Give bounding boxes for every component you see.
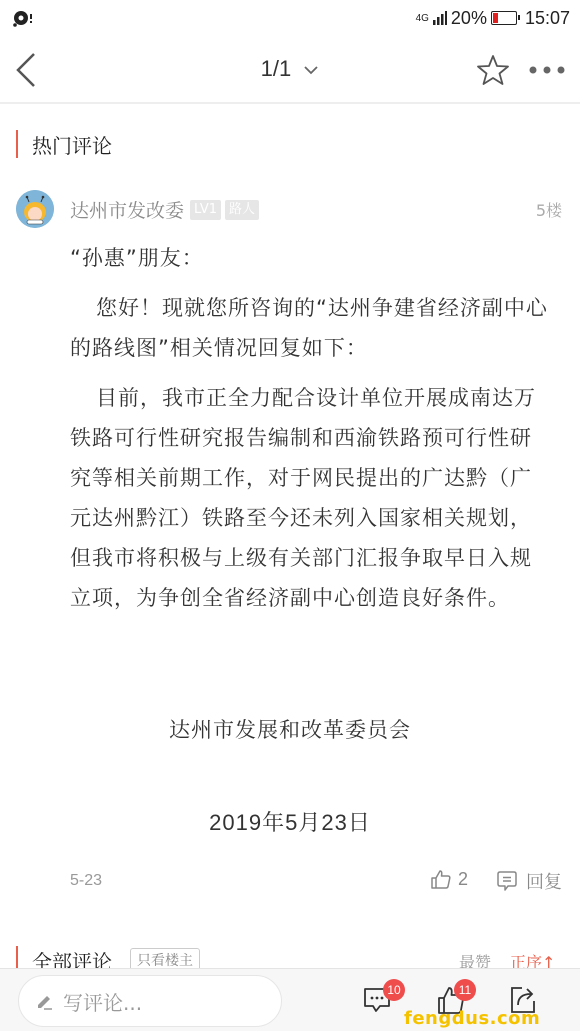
watermark: fengdus.com [404,1008,540,1029]
battery-icon [491,11,517,25]
more-icon[interactable] [528,64,566,76]
reply-button[interactable]: 回复 [496,868,562,894]
notification-icon [12,8,34,28]
reply-bubble-icon [496,870,518,892]
like-count: 2 [458,869,468,890]
comment-paragraph: 目前，我市正全力配合设计单位开展成南达万铁路可行性研究报告编制和西渝铁路预可行性… [70,378,550,618]
comment-greeting: “孙惠”朋友： [70,238,550,278]
signature-date-text: 2019年5月23日 [209,810,371,835]
status-bar: 4G 20% 15:07 [0,0,580,36]
avatar[interactable] [16,190,54,228]
hot-comments-header: 热门评论 [16,130,112,158]
pencil-icon [35,991,55,1011]
chevron-down-icon [303,65,319,75]
comment-date: 5-23 [70,872,102,890]
section-title: 热门评论 [32,130,112,159]
clock: 15:07 [525,8,570,29]
floor-number: 5楼 [536,198,562,221]
section-accent-bar [16,130,18,158]
author-name[interactable]: 达州市发改委 [70,196,184,223]
rank-tag: 路人 [225,200,259,220]
comment-meta-row: 5-23 2 回复 [0,866,580,898]
signature: 达州市发展和改革委员会 [0,714,580,744]
signature-text: 达州市发展和改革委员会 [169,718,411,742]
comment-input[interactable]: 写评论... [18,975,282,1027]
like-count-badge: 11 [454,979,476,1001]
comment-count-badge: 10 [383,979,405,1001]
signature-date: 2019年5月23日 [0,806,580,837]
comment-author-row: 达州市发改委 LV1 路人 [70,196,259,223]
avatar-image-icon [16,190,54,228]
battery-percent: 20% [451,8,487,29]
network-type: 4G [416,13,429,24]
nav-bar: 1/1 [0,36,580,104]
page-indicator-label: 1/1 [261,56,292,81]
thumbs-up-icon [430,868,452,890]
like-button[interactable]: 2 [430,868,468,890]
reply-label: 回复 [526,868,562,894]
level-tag: LV1 [190,200,221,220]
comment-placeholder: 写评论... [63,987,142,1016]
signal-icon [433,11,447,25]
star-icon[interactable] [476,54,510,86]
comment-paragraph: 您好！现就您所咨询的“达州争建省经济副中心的路线图”相关情况回复如下： [70,288,550,368]
